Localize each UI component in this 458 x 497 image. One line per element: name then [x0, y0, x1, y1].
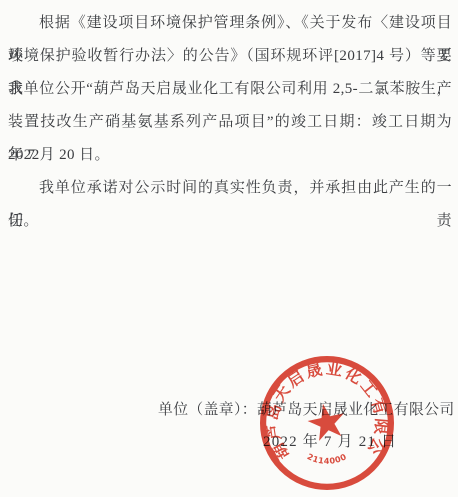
announcement-body: 根据《建设项目环境保护管理条例》、《关于发布〈建设项目竣工 环境保护验收暂行办法… [8, 7, 452, 238]
document-page: 根据《建设项目环境保护管理条例》、《关于发布〈建设项目竣工 环境保护验收暂行办法… [0, 0, 458, 497]
body-line-p1-5: 年 7 月 20 日。 [8, 139, 452, 172]
seal-star-icon [305, 400, 349, 442]
body-line-p1-4: 装置技改生产硝基氨基系列产品项目”的竣工日期：竣工日期为 2022 [8, 106, 452, 139]
body-line-p2-1: 我单位承诺对公示时间的真实性负责，并承担由此产生的一切责 [8, 172, 452, 205]
body-line-p1-3: 我单位公开“葫芦岛天启晟业化工有限公司利用 2,5-二氯苯胺生产 [8, 73, 452, 106]
body-line-p1-2: 环境保护验收暂行办法〉的公告》（国环规环评[2017]4 号）等要求， [8, 40, 452, 73]
body-line-p1-1: 根据《建设项目环境保护管理条例》、《关于发布〈建设项目竣工 [8, 7, 452, 40]
company-seal: 葫芦岛天启晟业化工有限公司 211400001004421 [256, 352, 398, 494]
